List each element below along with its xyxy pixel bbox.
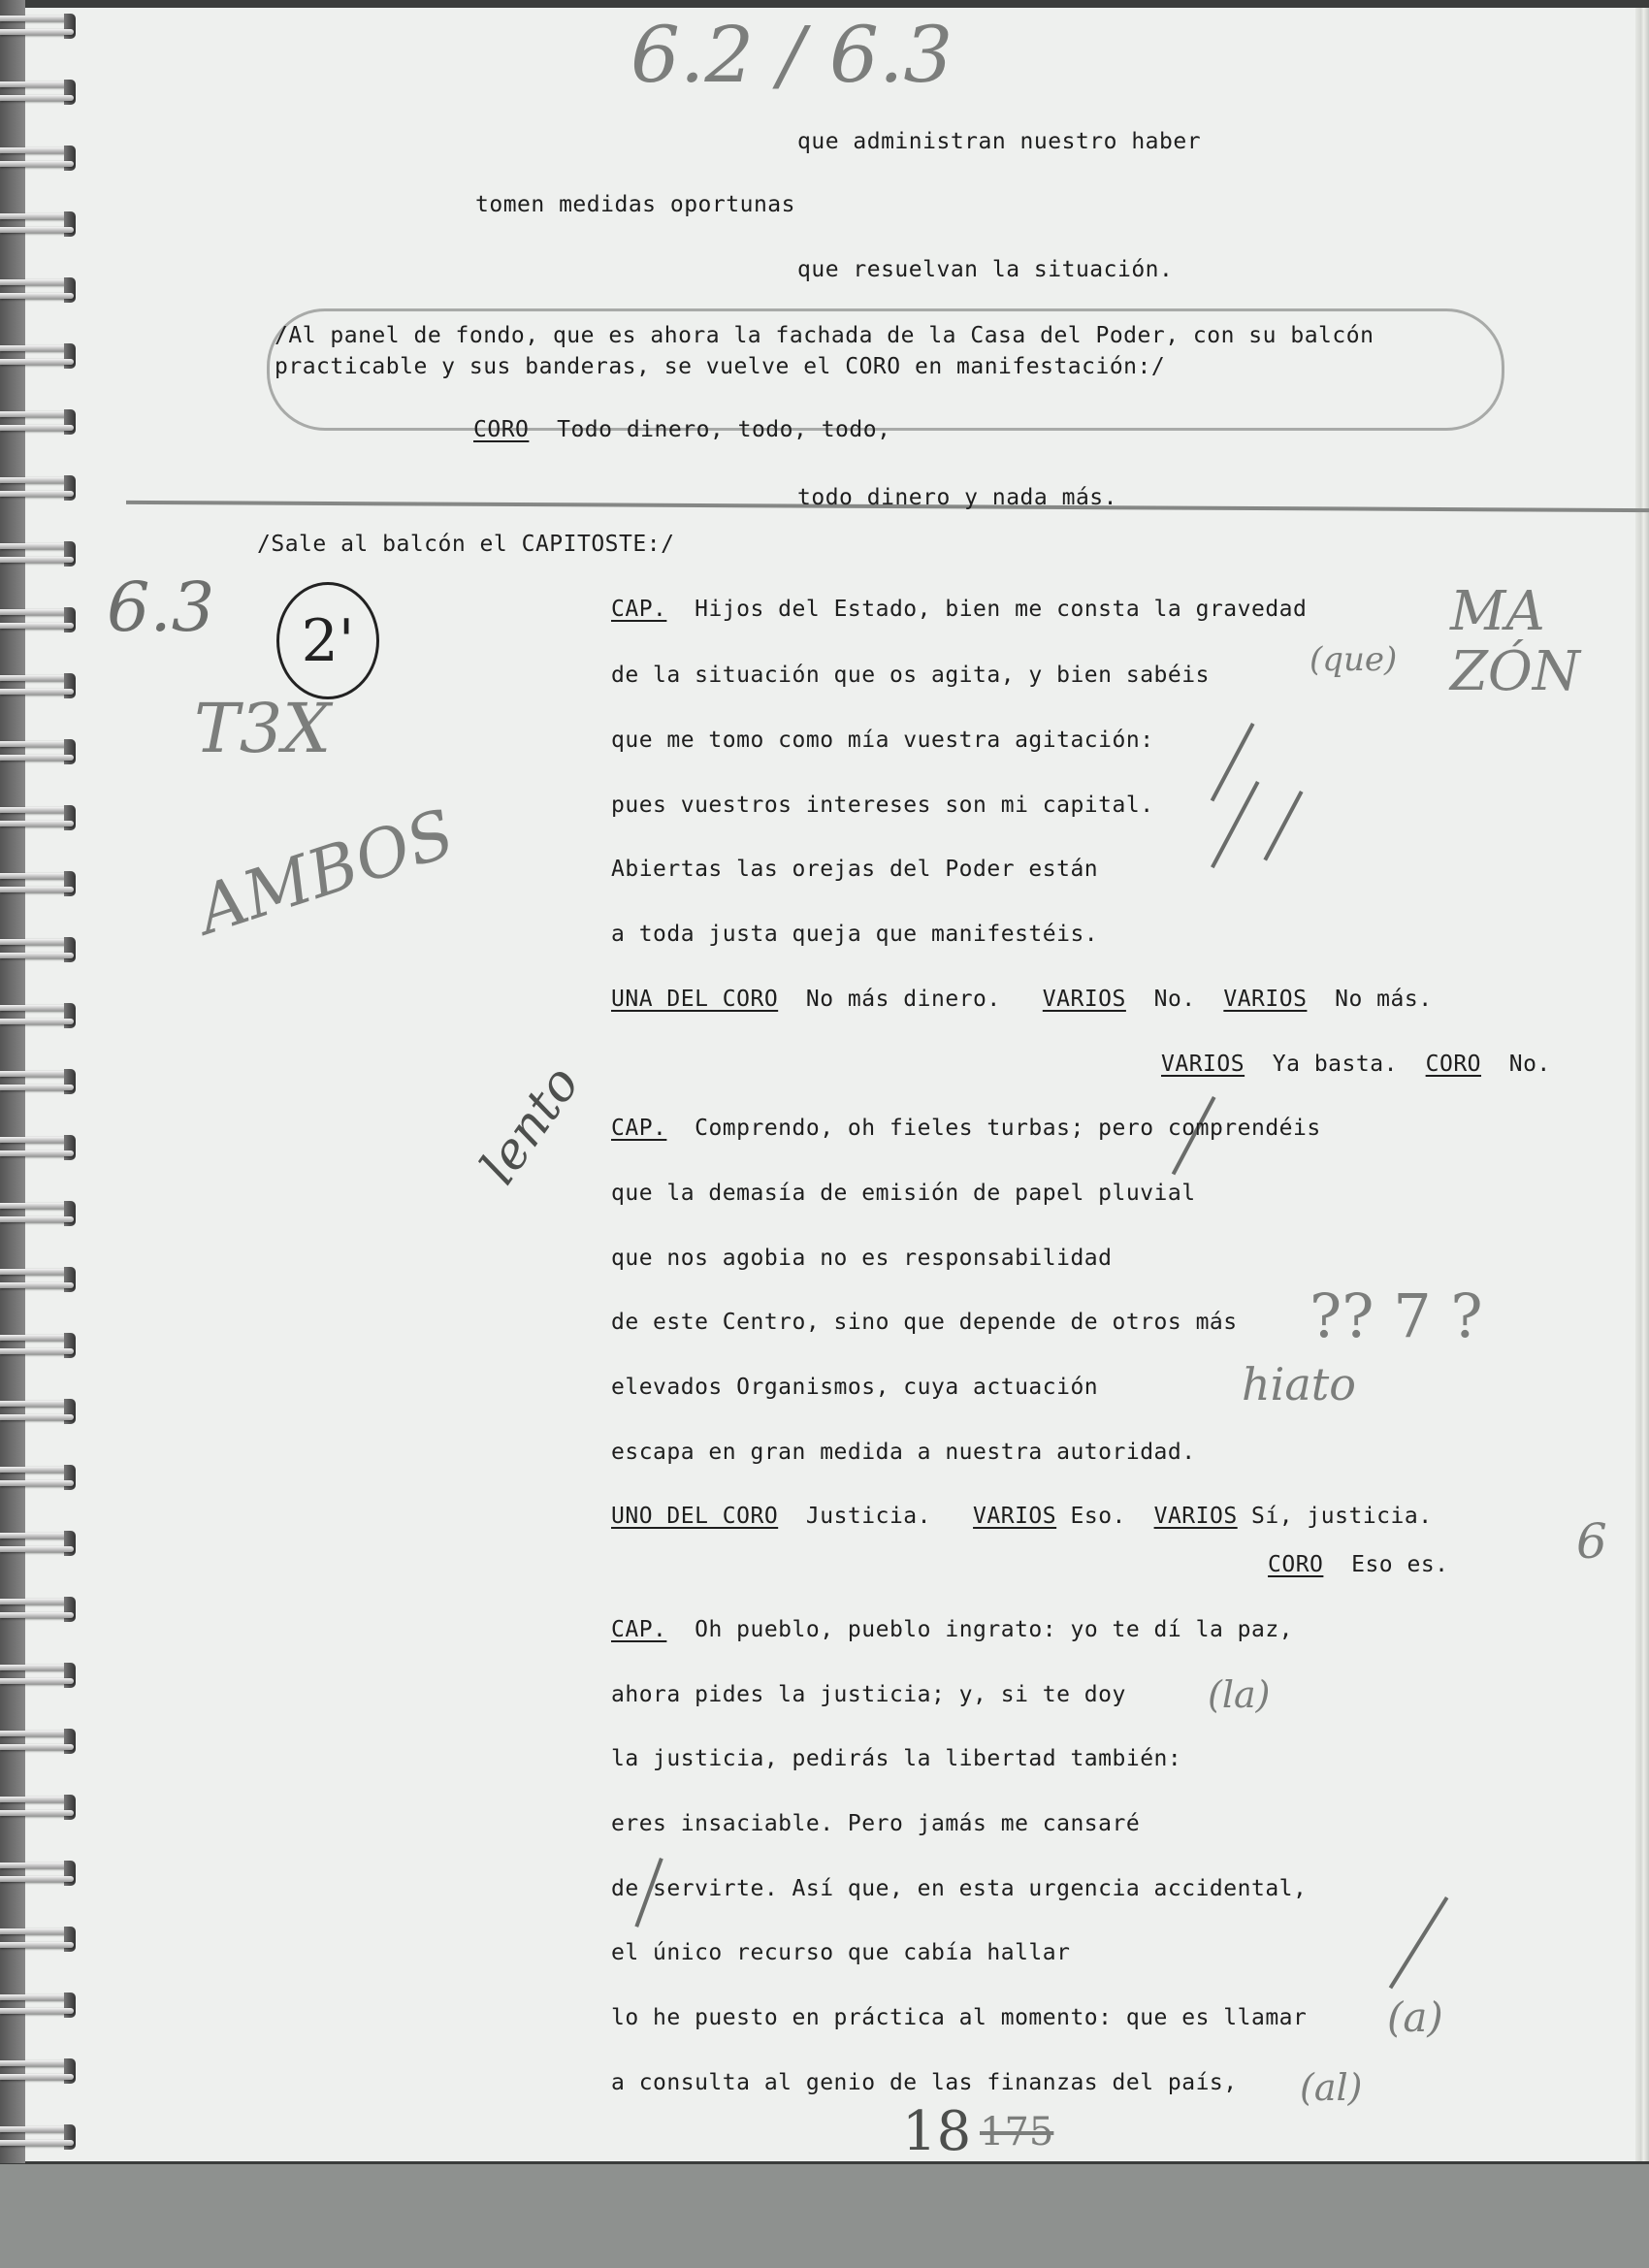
spiral-ring-icon — [0, 211, 78, 237]
spiral-ring-icon — [0, 277, 78, 303]
speaker-label: UNA DEL CORO — [611, 987, 778, 1012]
six-annotation: 6 — [1576, 1513, 1607, 1570]
script-line: elevados Organismos, cuya actuación — [611, 1375, 1098, 1400]
spiral-ring-icon — [0, 739, 78, 764]
script-line: todo dinero y nada más. — [797, 485, 1117, 510]
script-line: ahora pides la justicia; y, si te doy — [611, 1682, 1126, 1707]
speaker-label: CAP. — [611, 1617, 666, 1642]
script-line: de la situación que os agita, y bien sab… — [611, 663, 1210, 688]
script-line: que administran nuestro haber — [797, 129, 1201, 154]
spiral-ring-icon — [0, 805, 78, 830]
old-page-number: 175 — [980, 2110, 1053, 2155]
dialogue-line: UNO DEL CORO Justicia. VARIOS Eso. VARIO… — [611, 1504, 1433, 1529]
script-line: lo he puesto en práctica al momento: que… — [611, 2005, 1307, 2030]
spiral-ring-icon — [0, 1333, 78, 1358]
script-line: que nos agobia no es responsabilidad — [611, 1246, 1113, 1271]
spiral-ring-icon — [0, 673, 78, 698]
speaker-label: VARIOS — [1043, 987, 1126, 1012]
stage-direction: /Al panel de fondo, que es ahora la fach… — [275, 323, 1374, 348]
script-line: de este Centro, sino que depende de otro… — [611, 1310, 1238, 1335]
spiral-ring-icon — [0, 1597, 78, 1622]
page-number: 18 — [902, 2100, 971, 2163]
margin-scene-number: 6.3 — [107, 567, 214, 647]
question-marks-annotation: ?? 7 ? — [1309, 1280, 1483, 1351]
spiral-ring-icon — [0, 541, 78, 567]
spiral-ring-icon — [0, 937, 78, 962]
dialogue-line: CAP. Hijos del Estado, bien me consta la… — [611, 597, 1307, 622]
script-line: que la demasía de emisión de papel pluvi… — [611, 1181, 1196, 1206]
speaker-label: VARIOS — [973, 1504, 1056, 1529]
script-line: escapa en gran medida a nuestra autorida… — [611, 1440, 1196, 1465]
script-line: eres insaciable. Pero jamás me cansaré — [611, 1811, 1140, 1836]
speaker-label: CORO — [1426, 1052, 1481, 1077]
dialogue-line: UNA DEL CORO No más dinero. VARIOS No. V… — [611, 987, 1433, 1012]
stage-direction: /Sale al balcón el CAPITOSTE:/ — [257, 532, 674, 557]
dialogue-line: CAP. Oh pueblo, pueblo ingrato: yo te dí… — [611, 1617, 1293, 1642]
script-line: que resuelvan la situación. — [797, 257, 1173, 282]
script-line: tomen medidas oportunas — [475, 192, 795, 217]
al-annotation: (al) — [1300, 2066, 1362, 2109]
spiral-ring-icon — [0, 1135, 78, 1160]
speaker-label: CORO — [1268, 1552, 1323, 1577]
hiato-annotation: hiato — [1242, 1358, 1356, 1410]
dialogue-line: CAP. Comprendo, oh fieles turbas; pero c… — [611, 1116, 1321, 1141]
page-edge — [1635, 8, 1649, 2161]
spiral-ring-icon — [0, 1927, 78, 1952]
spiral-ring-icon — [0, 409, 78, 435]
speaker-label: UNO DEL CORO — [611, 1504, 778, 1529]
circled-duration: 2' — [276, 582, 379, 699]
speaker-label: VARIOS — [1154, 1504, 1238, 1529]
spiral-ring-icon — [0, 1729, 78, 1754]
script-line: el único recurso que cabía hallar — [611, 1940, 1070, 1965]
script-line: de servirte. Así que, en esta urgencia a… — [611, 1876, 1307, 1901]
que-annotation: (que) — [1309, 640, 1397, 679]
script-line: pues vuestros intereses son mi capital. — [611, 793, 1154, 818]
header-scene-annotation: 6.2 / 6.3 — [630, 10, 953, 100]
spiral-ring-icon — [0, 1465, 78, 1490]
script-line: la justicia, pedirás la libertad también… — [611, 1746, 1181, 1771]
stage-direction: practicable y sus banderas, se vuelve el… — [275, 354, 1165, 379]
speaker-label: CAP. — [611, 597, 666, 622]
script-line: a consulta al genio de las finanzas del … — [611, 2070, 1238, 2095]
spiral-ring-icon — [0, 1267, 78, 1292]
spiral-ring-icon — [0, 871, 78, 896]
speaker-label: VARIOS — [1223, 987, 1307, 1012]
speaker-label: CAP. — [611, 1116, 666, 1141]
script-line: Abiertas las orejas del Poder están — [611, 857, 1098, 882]
spiral-ring-icon — [0, 343, 78, 369]
spiral-ring-icon — [0, 1531, 78, 1556]
spiral-ring-icon — [0, 1663, 78, 1688]
spiral-ring-icon — [0, 607, 78, 632]
spiral-ring-icon — [0, 1795, 78, 1820]
spiral-ring-icon — [0, 1861, 78, 1886]
spiral-ring-icon — [0, 80, 78, 105]
script-line: que me tomo como mía vuestra agitación: — [611, 728, 1154, 753]
spiral-ring-icon — [0, 1399, 78, 1424]
spiral-ring-icon — [0, 2058, 78, 2084]
la-annotation: (la) — [1208, 1673, 1270, 1716]
dialogue-line: VARIOS Ya basta. CORO No. — [1161, 1052, 1551, 1077]
t3x-annotation: T3X — [194, 689, 331, 768]
script-line: a toda justa queja que manifestéis. — [611, 922, 1098, 947]
spiral-ring-icon — [0, 1201, 78, 1226]
speaker-label: CORO — [473, 417, 529, 442]
spiral-ring-icon — [0, 1069, 78, 1094]
spiral-ring-icon — [0, 1003, 78, 1028]
a-annotation: (a) — [1387, 1993, 1443, 2041]
spiral-ring-icon — [0, 2124, 78, 2150]
mazon-annotation: MA ZÓN — [1450, 582, 1605, 701]
speaker-label: VARIOS — [1161, 1052, 1245, 1077]
dialogue-line: CORO Eso es. — [1268, 1552, 1449, 1577]
spiral-ring-icon — [0, 475, 78, 501]
spiral-ring-icon — [0, 14, 78, 39]
spiral-binding: (function(){ const b = document.currentS… — [0, 0, 25, 2163]
spiral-ring-icon — [0, 146, 78, 171]
dialogue-line: CORO Todo dinero, todo, todo, — [473, 417, 890, 442]
spiral-ring-icon — [0, 1993, 78, 2018]
